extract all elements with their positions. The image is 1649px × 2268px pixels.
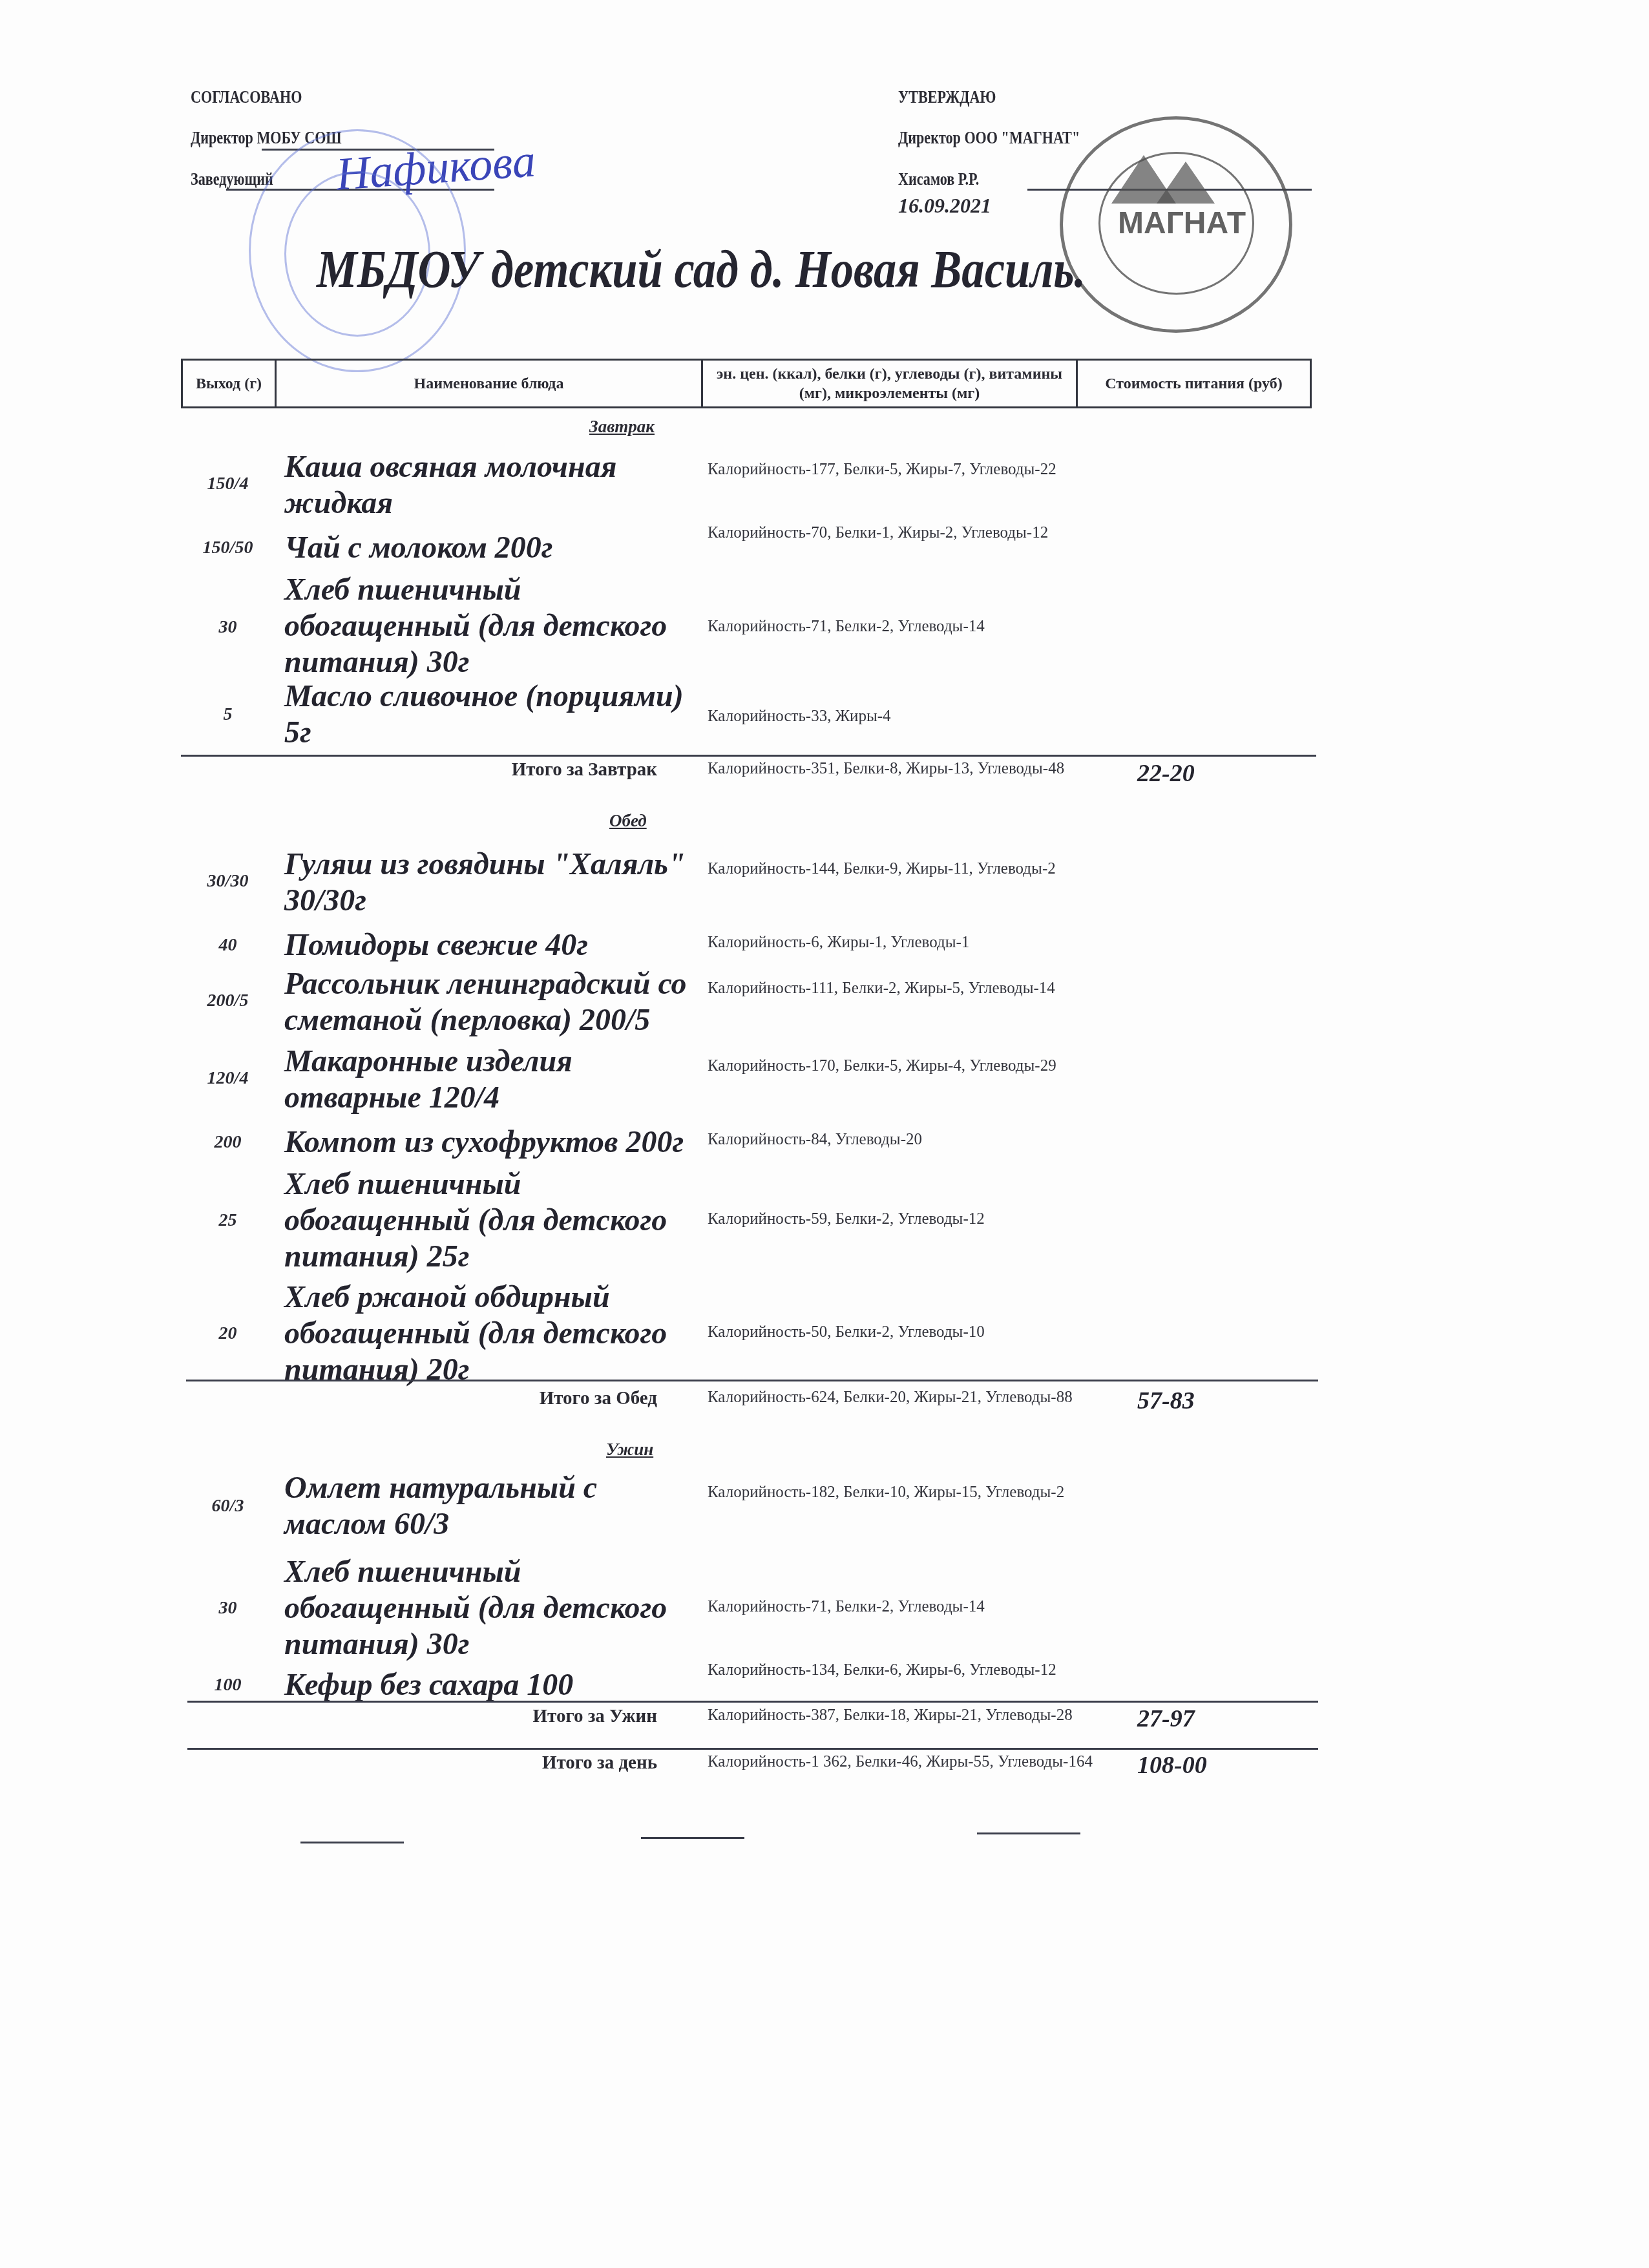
row-yield: 150/50 xyxy=(181,538,275,558)
row-nutrition: Калорийность-134, Белки-6, Жиры-6, Углев… xyxy=(708,1659,1095,1681)
row-nutrition: Калорийность-144, Белки-9, Жиры-11, Угле… xyxy=(708,858,1095,880)
row-nutrition: Калорийность-111, Белки-2, Жиры-5, Углев… xyxy=(708,978,1095,1000)
row-yield: 25 xyxy=(181,1210,275,1231)
total-cost: 108-00 xyxy=(1137,1751,1266,1780)
approval-right-position: Директор ООО "МАГНАТ" xyxy=(898,128,1080,148)
row-dish: Рассольник ленинградский со сметаной (пе… xyxy=(284,966,737,1038)
row-nutrition: Калорийность-71, Белки-2, Углеводы-14 xyxy=(708,1596,1095,1618)
row-nutrition: Калорийность-59, Белки-2, Углеводы-12 xyxy=(708,1208,1095,1230)
blank-line-3 xyxy=(977,1832,1080,1834)
row-dish: Хлеб пшеничный обогащенный (для детского… xyxy=(284,1554,711,1663)
total-label: Итого за день xyxy=(542,1752,657,1774)
row-dish: Хлеб пшеничный обогащенный (для детского… xyxy=(284,572,711,680)
total-cost: 22-20 xyxy=(1137,759,1266,788)
row-nutrition: Калорийность-6, Жиры-1, Углеводы-1 xyxy=(708,932,1095,954)
total-nutrition: Калорийность-624, Белки-20, Жиры-21, Угл… xyxy=(708,1387,1095,1409)
divider xyxy=(181,755,1316,757)
col-header-dish: Наименование блюда xyxy=(277,361,703,406)
row-nutrition: Калорийность-70, Белки-1, Жиры-2, Углево… xyxy=(708,522,1095,544)
row-yield: 60/3 xyxy=(181,1496,275,1517)
section-dinner: Ужин xyxy=(606,1440,653,1460)
row-yield: 100 xyxy=(181,1675,275,1696)
row-nutrition: Калорийность-177, Белки-5, Жиры-7, Углев… xyxy=(708,459,1095,481)
row-yield: 20 xyxy=(181,1323,275,1344)
divider xyxy=(187,1748,1318,1750)
col-header-cost: Стоимость питания (руб) xyxy=(1078,361,1310,406)
row-dish: Хлеб пшеничный обогащенный (для детского… xyxy=(284,1166,711,1275)
row-dish: Хлеб ржаной обдирный обогащенный (для де… xyxy=(284,1279,711,1388)
row-dish: Каша овсяная молочная жидкая xyxy=(284,449,685,521)
row-nutrition: Калорийность-71, Белки-2, Углеводы-14 xyxy=(708,616,1095,638)
total-nutrition: Калорийность-351, Белки-8, Жиры-13, Угле… xyxy=(708,758,1095,780)
row-yield: 200 xyxy=(181,1132,275,1153)
row-yield: 150/4 xyxy=(181,474,275,494)
section-lunch: Обед xyxy=(609,811,647,831)
row-dish: Гуляш из говядины "Халяль" 30/30г xyxy=(284,846,711,919)
mountain-icon-2 xyxy=(1157,162,1215,204)
section-breakfast: Завтрак xyxy=(589,417,655,437)
blank-line-2 xyxy=(641,1837,744,1839)
col-header-yield: Выход (г) xyxy=(183,361,277,406)
total-cost: 27-97 xyxy=(1137,1705,1266,1733)
row-yield: 40 xyxy=(181,935,275,956)
divider xyxy=(187,1701,1318,1703)
col-header-nutrition: эн. цен. (ккал), белки (г), углеводы (г)… xyxy=(703,361,1078,406)
divider xyxy=(186,1380,1318,1381)
row-nutrition: Калорийность-182, Белки-10, Жиры-15, Угл… xyxy=(708,1482,1095,1504)
total-label: Итого за Ужин xyxy=(533,1706,657,1727)
row-yield: 120/4 xyxy=(181,1068,275,1089)
page-title: МБДОУ детский сад д. Новая Василь. xyxy=(317,239,1086,300)
approval-left-heading: СОГЛАСОВАНО xyxy=(191,87,302,107)
row-dish: Макаронные изделия отварные 120/4 xyxy=(284,1044,646,1116)
approval-date: 16.09.2021 xyxy=(898,194,991,218)
company-stamp-text: МАГНАТ xyxy=(1118,205,1246,241)
row-nutrition: Калорийность-84, Углеводы-20 xyxy=(708,1129,1095,1151)
row-dish: Масло сливочное (порциями) 5г xyxy=(284,678,717,751)
row-yield: 5 xyxy=(181,704,275,725)
approval-right-heading: УТВЕРЖДАЮ xyxy=(898,87,996,107)
row-nutrition: Калорийность-50, Белки-2, Углеводы-10 xyxy=(708,1321,1095,1343)
total-nutrition: Калорийность-387, Белки-18, Жиры-21, Угл… xyxy=(708,1705,1095,1727)
total-label: Итого за Обед xyxy=(540,1388,657,1409)
row-nutrition: Калорийность-33, Жиры-4 xyxy=(708,706,1095,728)
approval-left-role: Заведующий xyxy=(191,169,273,189)
row-yield: 30 xyxy=(181,617,275,638)
total-cost: 57-83 xyxy=(1137,1387,1266,1415)
approval-right-name: Хисамов Р.Р. xyxy=(898,169,979,189)
row-nutrition: Калорийность-170, Белки-5, Жиры-4, Углев… xyxy=(708,1055,1095,1077)
table-header: Выход (г) Наименование блюда эн. цен. (к… xyxy=(181,359,1312,408)
total-nutrition: Калорийность-1 362, Белки-46, Жиры-55, У… xyxy=(708,1751,1095,1773)
row-yield: 30/30 xyxy=(181,871,275,892)
total-label: Итого за Завтрак xyxy=(512,759,657,781)
row-dish: Омлет натуральный с маслом 60/3 xyxy=(284,1470,646,1542)
row-yield: 30 xyxy=(181,1598,275,1619)
blank-line-1 xyxy=(300,1842,404,1843)
row-yield: 200/5 xyxy=(181,991,275,1011)
row-dish: Компот из сухофруктов 200г xyxy=(284,1124,737,1160)
